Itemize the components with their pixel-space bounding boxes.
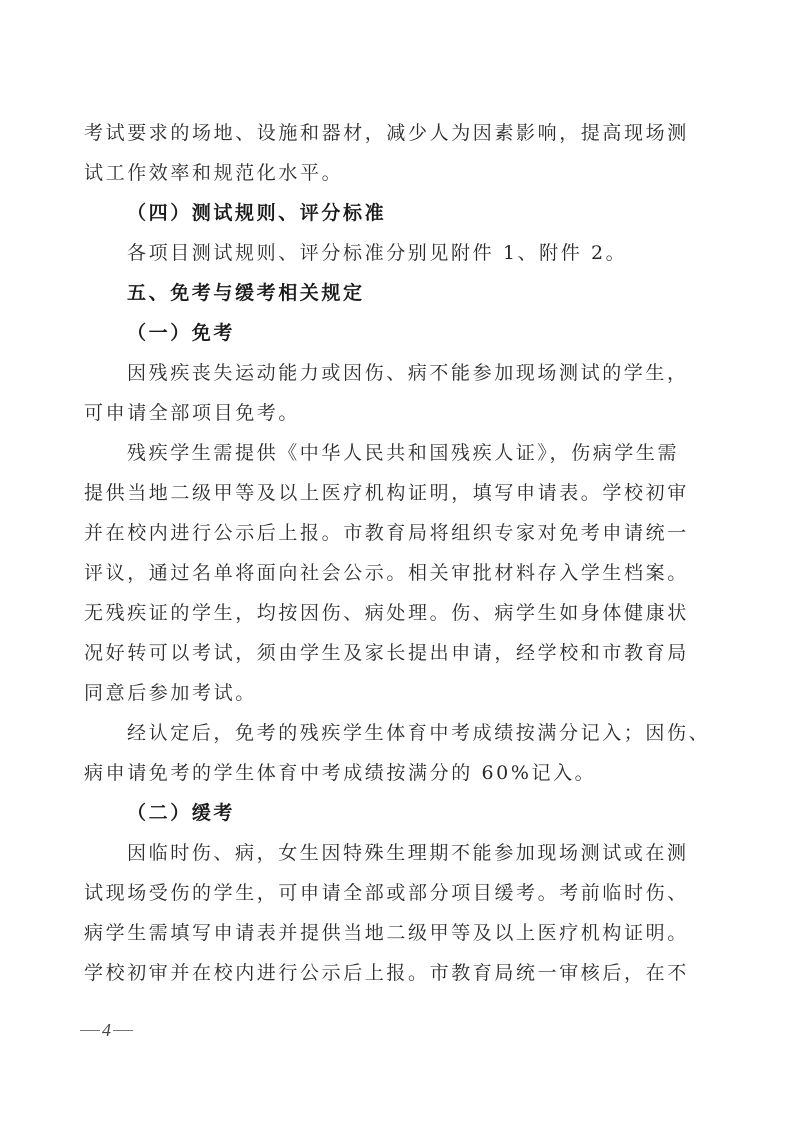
section-heading: 五、免考与缓考相关规定 xyxy=(127,281,747,305)
dash-right xyxy=(113,1030,133,1031)
paragraph-line: 试工作效率和规范化水平。 xyxy=(84,161,704,185)
document-page: 考试要求的场地、设施和器材，减少人为因素影响，提高现场测试工作效率和规范化水平。… xyxy=(0,0,793,1121)
paragraph-line: 并在校内进行公示后上报。市教育局将组织专家对免考申请统一 xyxy=(84,521,704,545)
paragraph-line: 残疾学生需提供《中华人民共和国残疾人证》，伤病学生需 xyxy=(127,441,747,465)
paragraph-line: 考试要求的场地、设施和器材，减少人为因素影响，提高现场测 xyxy=(84,121,704,145)
paragraph-line: 因临时伤、病，女生因特殊生理期不能参加现场测试或在测 xyxy=(127,841,747,865)
paragraph-line: 评议，通过名单将面向社会公示。相关审批材料存入学生档案。 xyxy=(84,561,704,585)
paragraph-line: 病学生需填写申请表并提供当地二级甲等及以上医疗机构证明。 xyxy=(84,921,704,945)
paragraph-line: 可申请全部项目免考。 xyxy=(84,401,704,425)
paragraph-line: 提供当地二级甲等及以上医疗机构证明，填写申请表。学校初审 xyxy=(84,481,704,505)
paragraph-line: 因残疾丧失运动能力或因伤、病不能参加现场测试的学生， xyxy=(127,361,747,385)
paragraph-line: 病申请免考的学生体育中考成绩按满分的 60%记入。 xyxy=(84,761,704,785)
paragraph-line: 经认定后，免考的残疾学生体育中考成绩按满分记入；因伤、 xyxy=(127,721,747,745)
paragraph-line: 同意后参加考试。 xyxy=(84,681,704,705)
paragraph-line: 况好转可以考试，须由学生及家长提出申请，经学校和市教育局 xyxy=(84,641,704,665)
section-heading: （四）测试规则、评分标准 xyxy=(127,201,747,225)
section-heading: （一）免考 xyxy=(127,321,747,345)
dash-left xyxy=(80,1030,100,1031)
page-number: 4 xyxy=(102,1018,111,1042)
page-number-footer: 4 xyxy=(80,1018,133,1042)
paragraph-line: 学校初审并在校内进行公示后上报。市教育局统一审核后，在不 xyxy=(84,961,704,985)
section-heading: （二）缓考 xyxy=(127,801,747,825)
paragraph-line: 无残疾证的学生，均按因伤、病处理。伤、病学生如身体健康状 xyxy=(84,601,704,625)
paragraph-line: 试现场受伤的学生，可申请全部或部分项目缓考。考前临时伤、 xyxy=(84,881,704,905)
paragraph-line: 各项目测试规则、评分标准分别见附件 1、附件 2。 xyxy=(127,241,747,265)
